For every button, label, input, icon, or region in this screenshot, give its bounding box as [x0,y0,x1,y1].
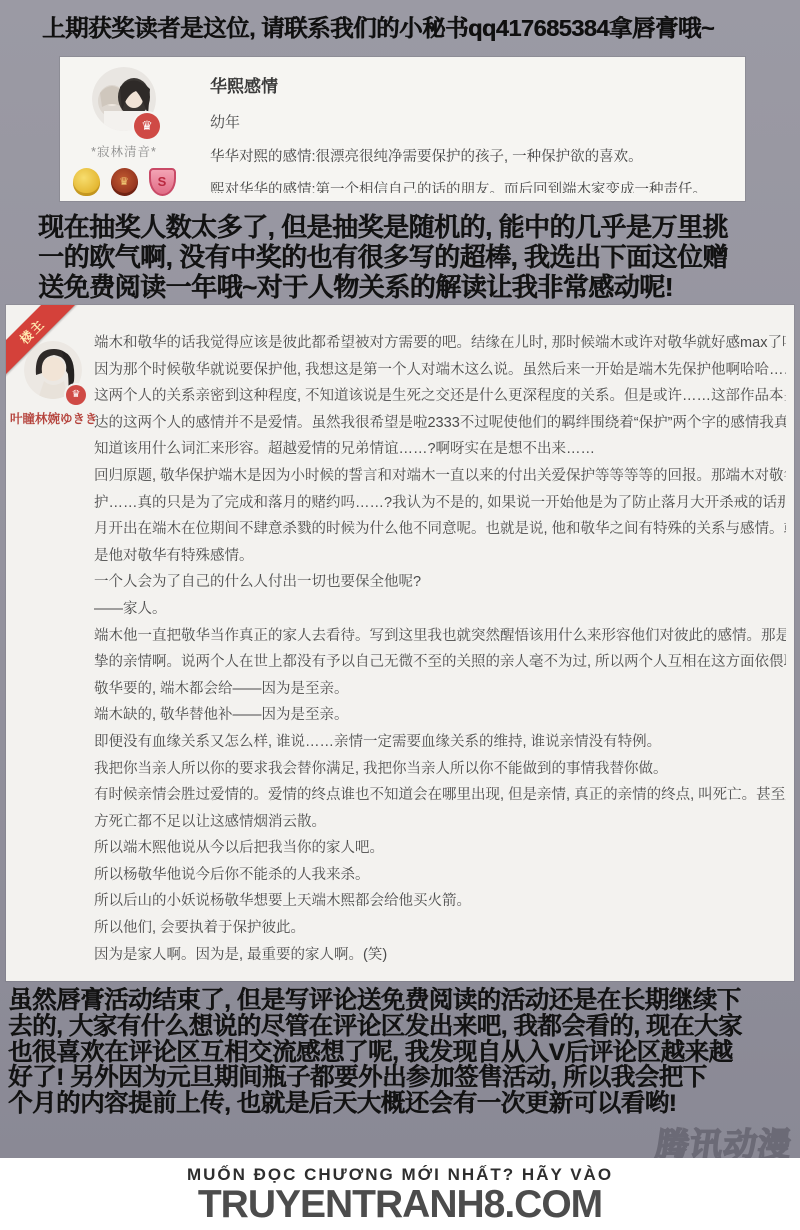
winner-comment-body: 华熙感情 幼年 华华对熙的感情:很漂亮很纯净需要保护的孩子, 一种保护欲的喜欢。… [178,65,735,193]
featured-comment-line: 一个人会为了自己的什么人付出一切也要保全他呢? [94,569,786,596]
featured-comment-line: 所以后山的小妖说杨敬华想要上天端木熙都会给他买火箭。 [94,888,786,915]
featured-comment-line: 敬华要的, 端木都会给——因为是至亲。 [94,676,786,703]
featured-comment-line: 达的这两个人的感情并不是爱情。虽然我很希望是啦2333不过呢使他们的羁绊围绕着“… [94,410,786,437]
featured-comment-line: 有时候亲情会胜过爱情的。爱情的终点谁也不知道会在哪里出现, 但是亲情, 真正的亲… [94,782,786,809]
featured-comment-line: 所以端木熙他说从今以后把我当你的家人吧。 [94,835,786,862]
closing-announcement-line: 好了! 另外因为元旦期间瓶子都要外出参加签售活动, 所以我会把下 [8,1065,794,1091]
winner-comment-card: ♛ *寂林清音* ♛ S 华熙感情 幼年 华华对熙的感情:很漂亮很纯净需要保护的… [60,57,745,201]
gold-medal-icon [73,168,100,196]
featured-user-column: ♛ 叶瞳林婉ゆきき [10,341,96,427]
footer-note: MUỐN ĐỌC CHƯƠNG MỚI NHẤT? HÃY VÀO [0,1165,800,1185]
featured-comment-line: ——家人。 [94,596,786,623]
winner-badge-row: ♛ S [70,168,178,196]
featured-comment-line: 方死亡都不足以让这感情烟消云散。 [94,809,786,836]
closing-announcement-line: 个月的内容提前上传, 也就是后天大概还会有一次更新可以看哟! [8,1091,794,1117]
draw-announcement: 现在抽奖人数太多了, 但是抽奖是随机的, 能中的几乎是万里挑一的欧气啊, 没有中… [38,212,778,302]
featured-comment-line: 端木和敬华的话我觉得应该是彼此都希望被对方需要的吧。结缘在儿时, 那时候端木或许… [94,330,786,357]
featured-comment-line: 是他对敬华有特殊感情。 [94,543,786,570]
winner-comment-lines: 华华对熙的感情:很漂亮很纯净需要保护的孩子, 一种保护欲的喜欢。熙对华华的感情:… [210,145,735,193]
draw-announcement-line: 一的欧气啊, 没有中奖的也有很多写的超棒, 我选出下面这位赠 [38,242,778,272]
featured-comment-line: 回归原题, 敬华保护端木是因为小时候的誓言和对端木一直以来的付出关爱保护等等等等… [94,463,786,490]
winner-username[interactable]: *寂林清音* [70,142,178,160]
featured-comment-line: 我把你当亲人所以你的要求我会替你满足, 我把你当亲人所以你不能做到的事情我替你做… [94,756,786,783]
featured-comment-line: 因为那个时候敬华就说要保护他, 我想这是第一个人对端木这么说。虽然后来一开始是端… [94,357,786,384]
closing-announcement-line: 也很喜欢在评论区互相交流感想了呢, 我发现自从入V后评论区越来越 [8,1040,794,1066]
crown-badge-icon: ♛ [66,385,86,405]
winner-avatar[interactable]: ♛ [92,67,156,131]
featured-comment-line: 因为是家人啊。因为是, 最重要的家人啊。(笑) [94,942,786,969]
red-medal-icon: ♛ [111,168,138,196]
winner-comment-subtitle: 幼年 [210,111,735,132]
featured-username[interactable]: 叶瞳林婉ゆきき [10,409,96,427]
winner-comment-line: 华华对熙的感情:很漂亮很纯净需要保护的孩子, 一种保护欲的喜欢。 [210,145,735,166]
footer-site-link[interactable]: TRUYENTRANH8.COM [0,1185,800,1226]
featured-comment-line: 这两个人的关系亲密到这种程度, 不知道该说是生死之交还是什么更深程度的关系。但是… [94,383,786,410]
featured-comment-line: 所以他们, 会要执着于保护彼此。 [94,915,786,942]
winner-comment-title: 华熙感情 [210,72,735,97]
s-shield-badge-icon: S [149,168,176,196]
featured-avatar[interactable]: ♛ [24,341,82,399]
draw-announcement-line: 送免费阅读一年哦~对于人物关系的解读让我非常感动呢! [38,272,778,302]
closing-announcement: 虽然唇膏活动结束了, 但是写评论送免费阅读的活动还是在长期继续下去的, 大家有什… [8,988,794,1117]
comic-afterword-page: 上期获奖读者是这位, 请联系我们的小秘书qq417685384拿唇膏哦~ [0,0,800,1230]
featured-comment-line: 知道该用什么词汇来形容。超越爱情的兄弟情谊……?啊呀实在是想不出来…… [94,436,786,463]
winner-comment-line: 熙对华华的感情:第一个相信自己的话的朋友。而后回到端木家变成一种责任。 [210,178,735,193]
featured-comment-card: 楼主 ♛ 叶瞳林婉ゆきき 端木和敬华的话我觉得应该是彼此都希望被对方需要的 [6,305,794,981]
featured-comment-line: 挚的亲情啊。说两个人在世上都没有予以自己无微不至的关照的亲人毫不为过, 所以两个… [94,649,786,676]
crown-badge-icon: ♛ [134,113,160,139]
featured-comment-line: 端木缺的, 敬华替他补——因为是至亲。 [94,702,786,729]
featured-comment-line: 端木他一直把敬华当作真正的家人去看待。写到这里我也就突然醒悟该用什么来形容他们对… [94,623,786,650]
featured-comment-line: 月开出在端木在位期间不肆意杀戮的时候为什么他不同意呢。也就是说, 他和敬华之间有… [94,516,786,543]
draw-announcement-line: 现在抽奖人数太多了, 但是抽奖是随机的, 能中的几乎是万里挑 [38,212,778,242]
featured-comment-line: 所以杨敬华他说今后你不能杀的人我来杀。 [94,862,786,889]
featured-comment-line: 护……真的只是为了完成和落月的赌约吗……?我认为不是的, 如果说一开始他是为了防… [94,490,786,517]
closing-announcement-line: 虽然唇膏活动结束了, 但是写评论送免费阅读的活动还是在长期继续下 [8,988,794,1014]
winner-announcement: 上期获奖读者是这位, 请联系我们的小秘书qq417685384拿唇膏哦~ [42,14,782,43]
closing-announcement-line: 去的, 大家有什么想说的尽管在评论区发出来吧, 我都会看的, 现在大家 [8,1014,794,1040]
featured-comment-line: 即便没有血缘关系又怎么样, 谁说……亲情一定需要血缘关系的维持, 谁说亲情没有特… [94,729,786,756]
featured-comment-text: 端木和敬华的话我觉得应该是彼此都希望被对方需要的吧。结缘在儿时, 那时候端木或许… [94,330,786,968]
winner-user-column: ♛ *寂林清音* ♛ S [70,65,178,193]
site-footer: MUỐN ĐỌC CHƯƠNG MỚI NHẤT? HÃY VÀO TRUYEN… [0,1158,800,1230]
